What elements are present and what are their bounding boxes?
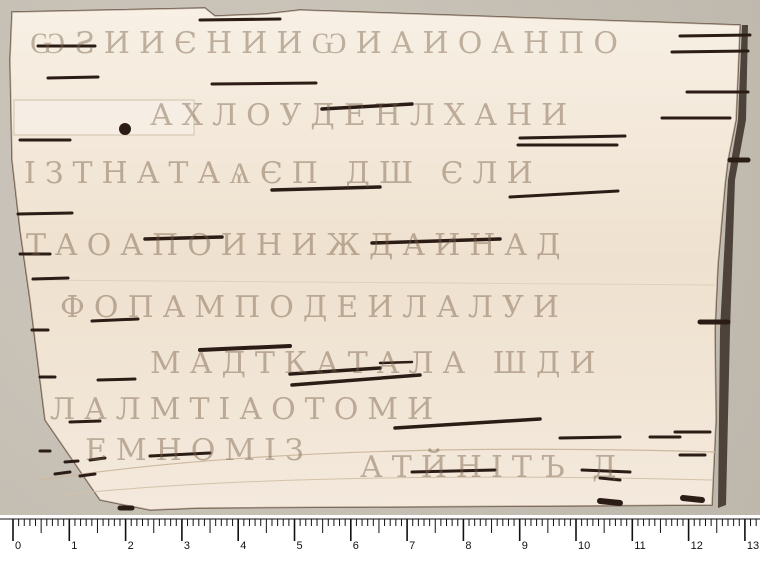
incised-text-line-6: МАДТКАТАЛА ШДИ [150, 346, 760, 381]
artifact-photo: ѠꙄИИЄНИИѠИАИОАНПО АХЛОУДЕНЛХАНИ ІЗТНАТАѦ… [0, 0, 760, 521]
ruler-label-0: 0 [15, 540, 21, 552]
ruler-label-7: 7 [409, 540, 415, 552]
ruler-label-4: 4 [240, 540, 246, 552]
ruler-label-12: 12 [691, 540, 703, 552]
centimeter-ruler: 012345678910111213 [0, 515, 760, 576]
ruler-label-9: 9 [522, 540, 528, 552]
ruler-label-10: 10 [578, 540, 590, 552]
ruler-label-1: 1 [71, 540, 77, 552]
incised-text-line-4: ТАОАПОИНИЖДАИНАД [26, 228, 760, 263]
incised-text-line-7: ЛАЛМТІАОТОМИ [50, 392, 760, 427]
incised-text-line-9: АТЙНІТЪ Д [360, 450, 760, 485]
incised-text-line-2: АХЛОУДЕНЛХАНИ [150, 98, 760, 133]
ruler-ticks [0, 515, 760, 576]
incised-text-line-1: ѠꙄИИЄНИИѠИАИОАНПО [30, 26, 760, 61]
incised-text-line-3: ІЗТНАТАѦЄП ДШ ЄЛИ [24, 156, 760, 191]
ruler-label-11: 11 [634, 540, 645, 552]
incised-text-line-5: ФОПАМПОДЕИЛАЛУИ [60, 290, 760, 325]
ruler-label-8: 8 [465, 540, 471, 552]
ruler-label-5: 5 [297, 540, 303, 552]
ruler-label-3: 3 [184, 540, 190, 552]
ruler-label-2: 2 [128, 540, 134, 552]
ruler-label-6: 6 [353, 540, 359, 552]
ruler-label-13: 13 [747, 540, 759, 552]
